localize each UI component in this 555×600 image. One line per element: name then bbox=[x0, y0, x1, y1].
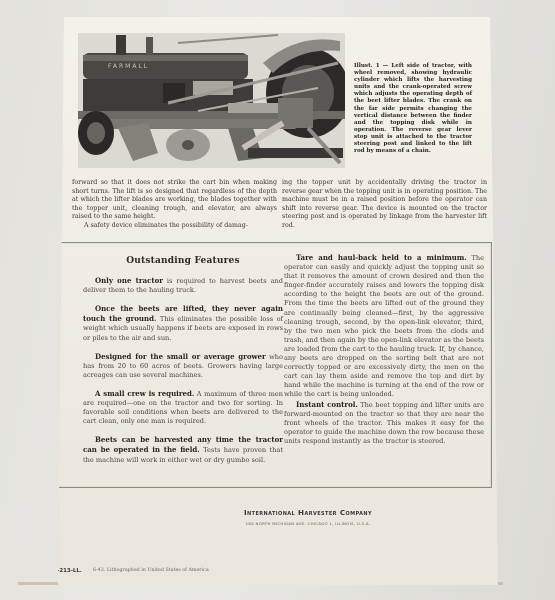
tractor-photo: FARMALL bbox=[78, 33, 345, 168]
company-address: 180 NORTH MICHIGAN AVE. CHICAGO 1, ILLIN… bbox=[188, 521, 428, 526]
feature-item: Tare and haul-back held to a minimum. Th… bbox=[284, 253, 484, 400]
feature-text: The operator can easily and quickly adju… bbox=[284, 254, 484, 398]
company-name: International Harvester Company bbox=[198, 508, 418, 517]
feature-item: Only one tractor is required to harvest … bbox=[83, 276, 283, 295]
features-right-column: Tare and haul-back held to a minimum. Th… bbox=[284, 253, 484, 446]
features-left-column: Outstanding Features Only one tractor is… bbox=[83, 253, 283, 474]
body-paragraph: forward so that it does not strike the c… bbox=[72, 179, 277, 222]
photo-caption: Illust. 1 — Left side of tractor, with w… bbox=[354, 63, 472, 155]
body-paragraph: ing the topper unit by accidentally driv… bbox=[282, 179, 487, 230]
svg-text:FARMALL: FARMALL bbox=[108, 63, 149, 70]
feature-lead: Instant control. bbox=[296, 400, 358, 409]
feature-item: Designed for the small or average grower… bbox=[83, 352, 283, 380]
feature-lead: Only one tractor bbox=[95, 276, 163, 285]
body-text-right-column: ing the topper unit by accidentally driv… bbox=[282, 179, 487, 230]
feature-lead: A small crew is required. bbox=[95, 389, 194, 398]
feature-item: Beets can be harvested any time the trac… bbox=[83, 435, 283, 464]
feature-item: Once the beets are lifted, they never ag… bbox=[83, 304, 283, 342]
print-note: 6-43. Lithographed in United States of A… bbox=[93, 568, 209, 573]
tractor-illustration: FARMALL bbox=[78, 33, 345, 168]
body-text-left-column: forward so that it does not strike the c… bbox=[72, 179, 277, 230]
feature-item: A small crew is required. A maximum of t… bbox=[83, 389, 283, 426]
feature-lead: Designed for the small or average grower bbox=[95, 352, 266, 361]
body-paragraph: A safety device eliminates the possibili… bbox=[72, 222, 277, 231]
outstanding-features-box: Outstanding Features Only one tractor is… bbox=[54, 242, 492, 488]
feature-item: Instant control. The beet topping and li… bbox=[284, 400, 484, 446]
brochure-page: FARMALL bbox=[58, 17, 498, 585]
features-title: Outstanding Features bbox=[83, 257, 283, 266]
feature-lead: Tare and haul-back held to a minimum. bbox=[296, 253, 467, 262]
